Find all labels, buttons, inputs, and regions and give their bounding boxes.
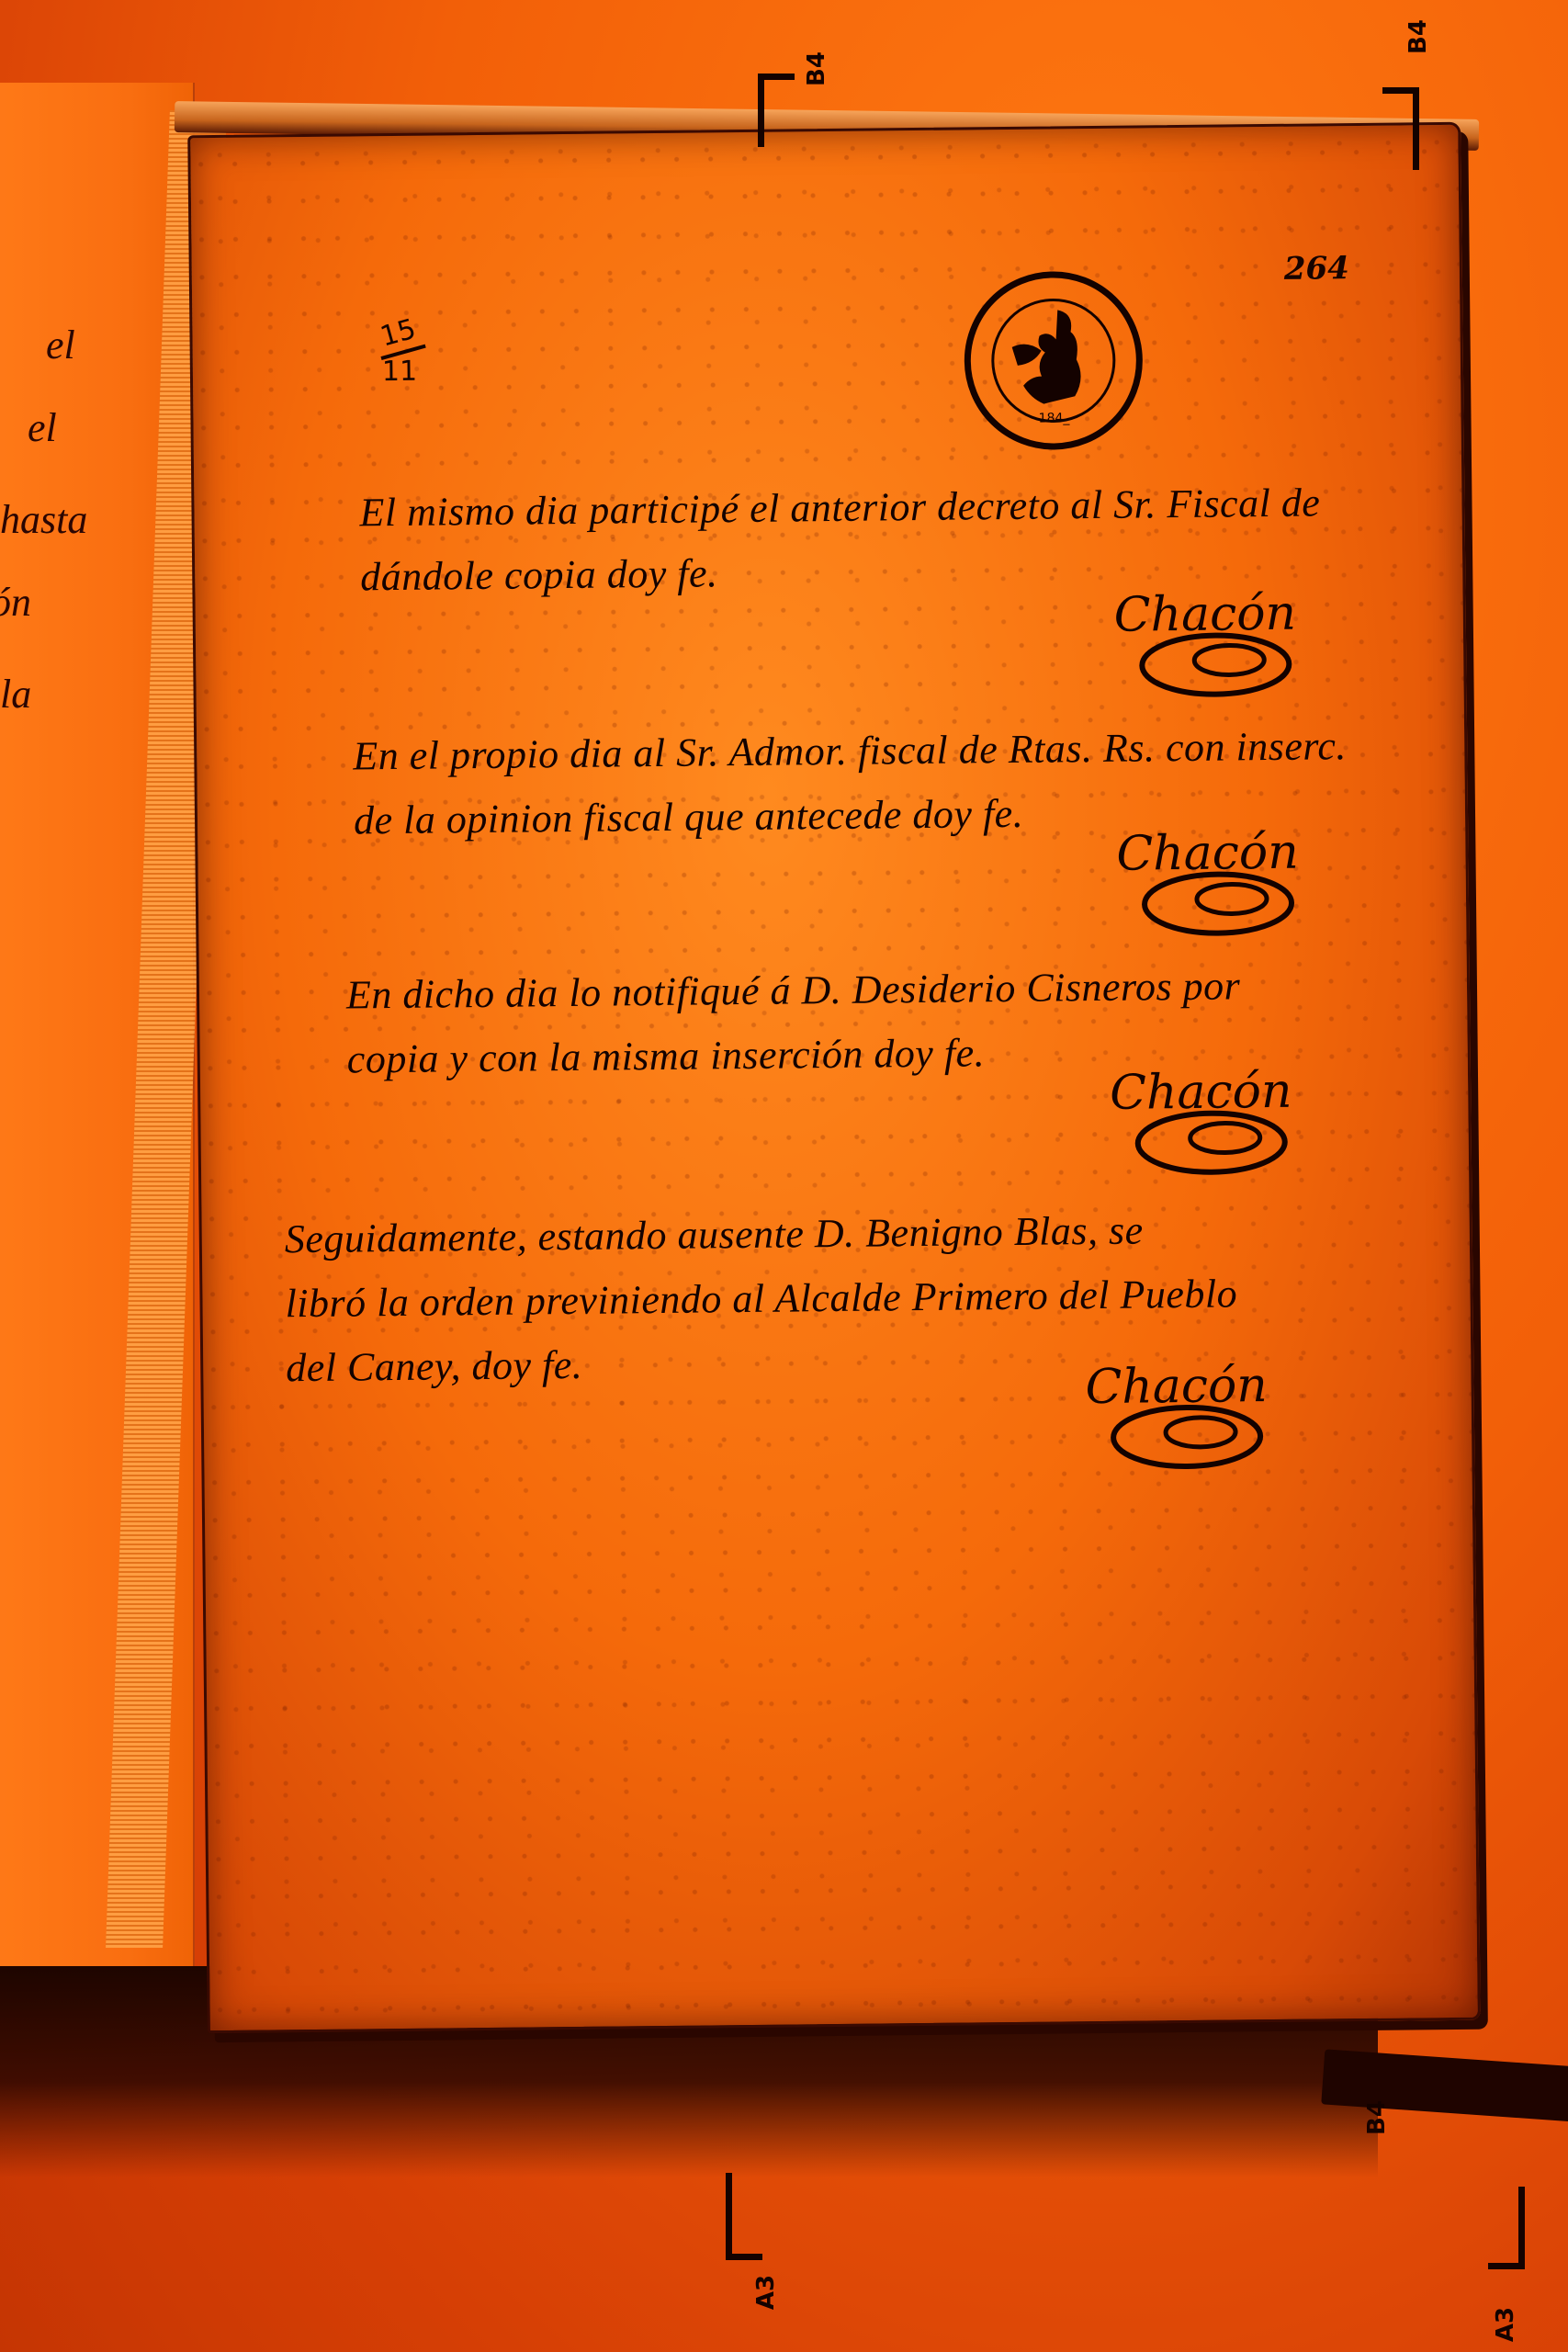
signature-chacon: Chacón [1110, 1064, 1292, 1121]
signature-chacon: Chacón [1116, 825, 1299, 882]
entry-line: Seguidamente, estando ausente D. Benigno… [284, 1197, 1236, 1272]
signature-chacon: Chacón [1085, 1358, 1268, 1415]
entry-line: libró la orden previniendo al Alcalde Pr… [285, 1261, 1237, 1336]
photo-scene: el el hasta ón la 264 15 11 184_ El m [0, 0, 1568, 2352]
entry-line: En el propio dia al Sr. Admor. fiscal de… [353, 714, 1347, 788]
manuscript-page: 264 15 11 184_ El mismo dia participé el… [187, 122, 1481, 2033]
signature-flourish-icon [1128, 1101, 1294, 1185]
left-fragment: el [46, 322, 75, 368]
left-fragment: la [0, 671, 31, 718]
entry-line: En dicho dia lo notifiqué á D. Desiderio… [346, 954, 1241, 1027]
left-fragment: ón [0, 579, 31, 626]
entry-line: copia y con la misma inserción doy fe. [346, 1018, 1241, 1091]
left-fragment: hasta [0, 496, 87, 543]
signature-chacon: Chacón [1113, 586, 1296, 643]
signature-flourish-icon [1133, 623, 1299, 707]
left-fragment: el [28, 404, 57, 451]
entry-3: En dicho dia lo notifiqué á D. Desiderio… [346, 954, 1242, 1091]
notarial-entries: El mismo dia participé el anterior decre… [190, 125, 1477, 2030]
entry-line: El mismo dia participé el anterior decre… [359, 470, 1321, 545]
signature-flourish-icon [1135, 862, 1302, 946]
signature-flourish-icon [1104, 1395, 1270, 1479]
